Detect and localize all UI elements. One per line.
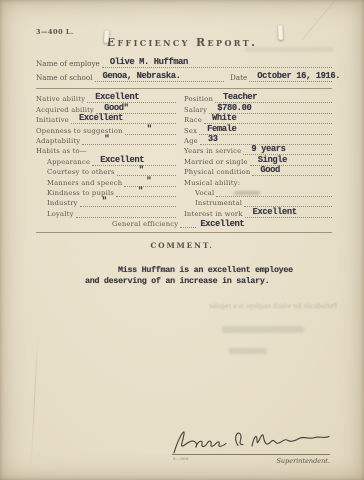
employe-name-label: Name of employe	[36, 59, 100, 68]
form-row: RaceWhite	[184, 114, 332, 124]
date-field: October 16, 1916.	[249, 71, 332, 82]
field-label: Age	[184, 137, 198, 145]
field-value: "	[102, 197, 107, 206]
form-row: AppearanceExcellent	[36, 155, 176, 165]
ink-bleedthrough-text: Periodicals for which employe is a regul…	[183, 303, 337, 310]
field-label: Position	[184, 95, 213, 103]
field-label: Race	[184, 116, 202, 124]
general-efficiency-row: General efficiency Excellent	[112, 217, 244, 228]
field-leader	[180, 218, 196, 228]
date-value: October 16, 1916.	[257, 72, 340, 81]
page-title: Efficiency Report.	[0, 36, 364, 49]
form-row: Years in service9 years	[184, 145, 332, 155]
field-value: Teacher	[223, 93, 257, 102]
ink-smudge	[234, 191, 260, 195]
form-row: Courtesy to others"	[36, 166, 176, 176]
signature-handwriting	[168, 423, 334, 457]
field-value: Excellent	[95, 93, 139, 102]
left-rating-column: Native abilityExcellentAcquired abilityG…	[36, 93, 176, 218]
staple-mark	[104, 30, 110, 43]
field-label: Musical ability:	[184, 179, 240, 187]
field-label: Adaptability	[36, 137, 80, 145]
paper-crease	[30, 330, 38, 470]
paper-crease	[301, 0, 335, 40]
form-row: Native abilityExcellent	[36, 93, 176, 103]
field-label: Sex	[184, 127, 197, 135]
general-efficiency-value: Excellent	[200, 220, 244, 229]
ink-bleedthrough	[222, 326, 304, 333]
field-label: Native ability	[36, 95, 85, 103]
form-row: SexFemale	[184, 124, 332, 134]
field-label: Physical condition	[184, 168, 250, 176]
horizontal-rule	[36, 232, 332, 233]
form-row: PositionTeacher	[184, 93, 332, 103]
general-efficiency-label: General efficiency	[112, 220, 178, 228]
field-leader	[242, 178, 332, 187]
comment-line: Miss Huffman is an excellent employee	[118, 265, 364, 276]
field-value: 9 years	[251, 145, 285, 154]
employe-name-field: Olive M. Huffman	[102, 57, 332, 68]
field-value: "	[104, 135, 109, 144]
form-row: Manners and speech"	[36, 176, 176, 186]
field-label: Appearance	[47, 158, 90, 166]
field-label: Married or single	[184, 158, 248, 166]
staple-mark	[278, 25, 284, 40]
ink-bleedthrough	[229, 348, 267, 354]
scanned-document-page: Periodicals for which employe is a regul…	[0, 0, 364, 480]
school-name-field: Genoa, Nebraska.	[95, 71, 225, 82]
form-row: InitiativeExcellent	[36, 114, 176, 124]
field-leader: "	[125, 125, 176, 135]
field-leader: "	[82, 135, 176, 145]
horizontal-rule	[36, 88, 332, 89]
field-leader: Excellent	[92, 156, 176, 166]
signature-line	[172, 454, 330, 455]
field-label: Vocal	[195, 189, 214, 197]
superintendent-label: Superintendent.	[172, 457, 330, 465]
field-value: "	[139, 166, 144, 175]
field-leader: Excellent	[71, 114, 176, 124]
field-value: "	[146, 177, 151, 186]
field-leader: "	[124, 177, 176, 187]
field-value: Excellent	[253, 208, 297, 217]
field-leader: "	[80, 197, 176, 207]
field-leader: Excellent	[87, 93, 176, 103]
field-leader: Teacher	[215, 93, 332, 103]
field-label: Loyalty	[47, 210, 74, 218]
field-leader: Excellent	[245, 208, 332, 218]
field-leader	[216, 187, 332, 197]
field-value: Single	[258, 156, 287, 165]
form-number: 3—400 L.	[36, 28, 74, 36]
field-value: Excellent	[79, 114, 123, 123]
school-date-row: Name of school Genoa, Nebraska. Date Oct…	[36, 70, 332, 82]
right-rating-column: PositionTeacherSalary$780.00RaceWhiteSex…	[184, 93, 332, 218]
field-value: Excellent	[100, 156, 144, 165]
form-row: Openness to suggestion"	[36, 124, 176, 134]
form-row: Industry"	[36, 197, 176, 207]
date-label: Date	[230, 73, 247, 82]
comment-body: Miss Huffman is an excellent employee an…	[0, 265, 364, 287]
form-row: Vocal	[184, 187, 332, 197]
form-row: Physical conditionGood	[184, 166, 332, 176]
field-leader	[244, 197, 332, 207]
field-label: Habits as to—	[36, 147, 87, 155]
comment-heading: COMMENT.	[0, 241, 364, 250]
field-label: Manners and speech	[47, 179, 122, 187]
field-value: Good"	[104, 104, 128, 113]
field-label: Salary	[184, 106, 207, 114]
field-leader: Female	[199, 125, 332, 135]
form-row: Adaptability"	[36, 135, 176, 145]
comment-line: and deserving of an increase in salary.	[85, 276, 364, 287]
field-leader: White	[204, 114, 332, 124]
field-value: 33	[208, 135, 218, 144]
field-value: "	[138, 187, 143, 196]
field-leader	[89, 146, 176, 155]
employe-name-value: Olive M. Huffman	[110, 58, 188, 67]
school-name-value: Genoa, Nebraska.	[103, 72, 181, 81]
field-value: "	[147, 125, 152, 134]
school-name-label: Name of school	[36, 73, 93, 82]
field-label: Openness to suggestion	[36, 127, 123, 135]
field-label: Initiative	[36, 116, 69, 124]
field-leader: Good	[252, 166, 332, 176]
field-leader: "	[117, 166, 176, 176]
field-label: Courtesy to others	[47, 168, 115, 176]
form-row: Instrumental	[184, 197, 332, 207]
field-leader: "	[116, 187, 176, 197]
field-label: Industry	[47, 199, 78, 207]
form-row: Salary$780.00	[184, 103, 332, 113]
field-value: $780.00	[217, 104, 251, 113]
field-label: Years in service	[184, 147, 241, 155]
field-value: Good	[260, 166, 280, 175]
field-label: Instrumental	[195, 199, 242, 207]
form-row: Habits as to—	[36, 145, 176, 155]
form-row: Musical ability:	[184, 176, 332, 186]
employe-name-row: Name of employe Olive M. Huffman	[36, 56, 332, 68]
field-leader: 9 years	[243, 145, 332, 155]
form-row: Married or singleSingle	[184, 155, 332, 165]
field-value: Female	[207, 125, 236, 134]
field-value: White	[212, 114, 236, 123]
